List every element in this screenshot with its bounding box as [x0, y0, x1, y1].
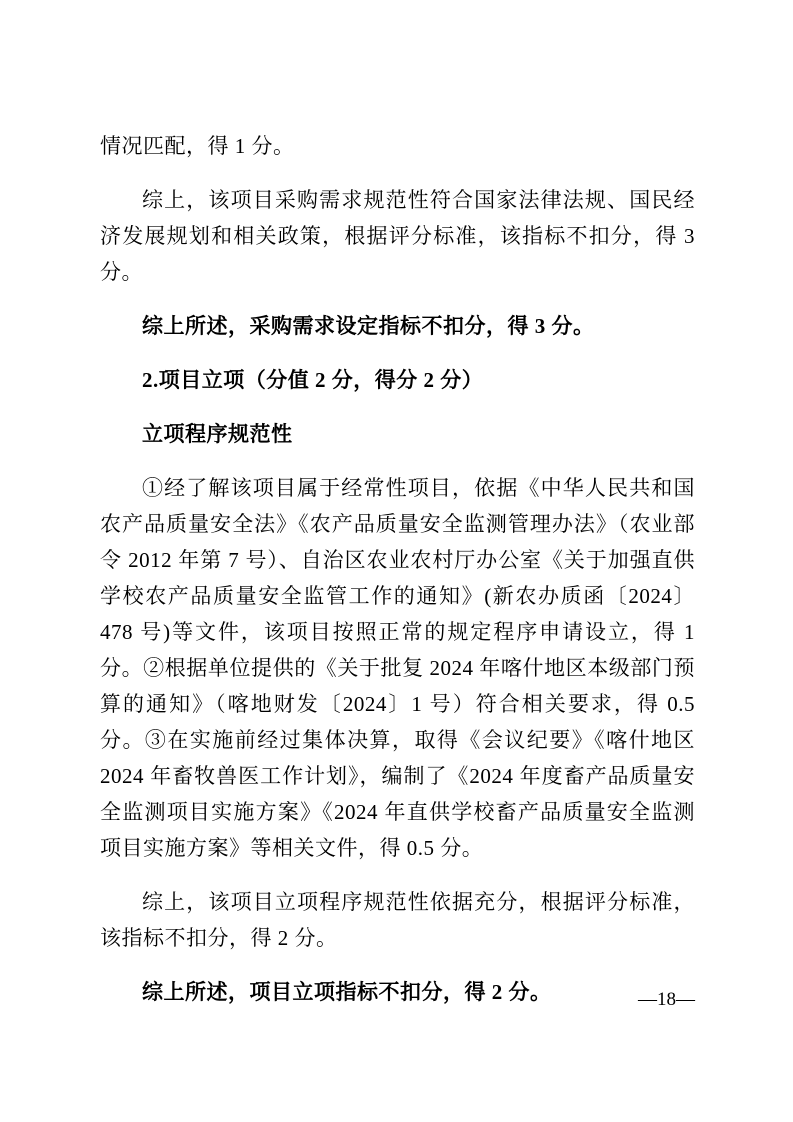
page-number: —18—	[638, 988, 695, 1012]
document-body: 情况匹配，得 1 分。 综上，该项目采购需求规范性符合国家法律法规、国民经济发展…	[100, 128, 695, 1010]
paragraph-procurement-summary: 综上，该项目采购需求规范性符合国家法律法规、国民经济发展规划和相关政策，根据评分…	[100, 182, 695, 290]
heading-procurement-conclusion: 综上所述，采购需求设定指标不扣分，得 3 分。	[100, 308, 695, 344]
paragraph-procedure-summary: 综上，该项目立项程序规范性依据充分，根据评分标准，该指标不扣分，得 2 分。	[100, 884, 695, 956]
document-page: 情况匹配，得 1 分。 综上，该项目采购需求规范性符合国家法律法规、国民经济发展…	[0, 0, 793, 1122]
heading-initiation-conclusion: 综上所述，项目立项指标不扣分，得 2 分。	[100, 974, 695, 1010]
paragraph-continuation: 情况匹配，得 1 分。	[100, 128, 695, 164]
heading-project-initiation: 2.项目立项（分值 2 分，得分 2 分）	[100, 362, 695, 398]
heading-procedure-standard: 立项程序规范性	[100, 416, 695, 452]
paragraph-procedure-detail: ①经了解该项目属于经常性项目，依据《中华人民共和国农产品质量安全法》《农产品质量…	[100, 470, 695, 866]
